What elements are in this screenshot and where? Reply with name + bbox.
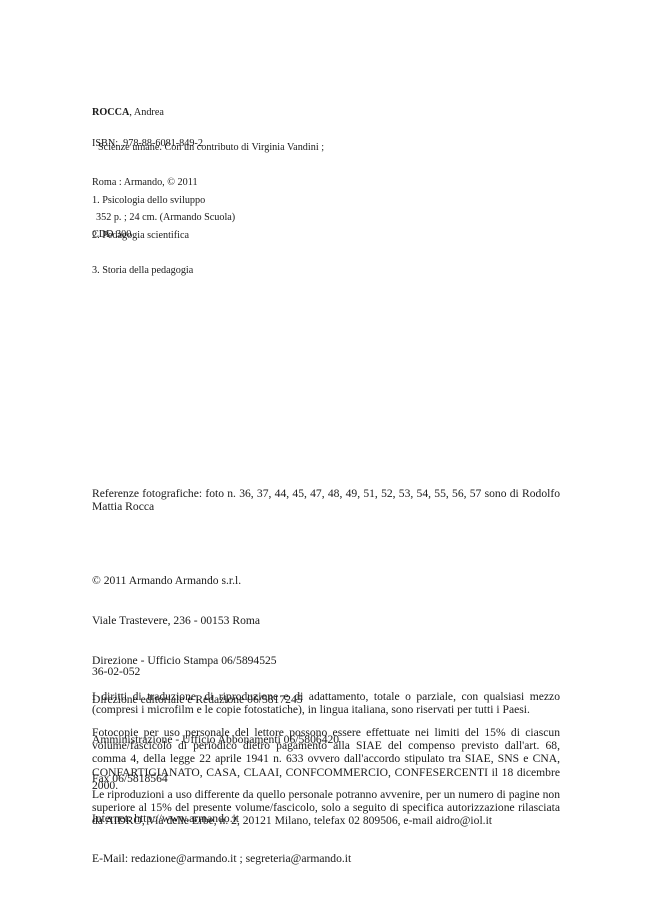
author-surname: ROCCA (92, 107, 129, 118)
subject-item: 3. Storia della pedagogia (92, 265, 205, 277)
catalog-isbn: ISBN: 978-88-6081-849-2 (92, 138, 203, 150)
catalog-cdd: CDD 300 (92, 229, 131, 241)
publisher-address: Viale Trastevere, 236 - 00153 Roma (92, 614, 351, 627)
publisher-copyright: © 2011 Armando Armando s.r.l. (92, 574, 351, 587)
catalog-author: ROCCA, Andrea (92, 107, 324, 119)
author-given: , Andrea (129, 107, 164, 118)
publisher-email: E-Mail: redazione@armando.it ; segreteri… (92, 852, 351, 865)
legal-photocopies: Fotocopie per uso personale del lettore … (92, 726, 560, 792)
legal-rights: I diritti di traduzione, di riproduzione… (92, 690, 560, 716)
subject-item: 1. Psicologia dello sviluppo (92, 195, 205, 207)
legal-reproductions: Le riproduzioni a uso differente da quel… (92, 788, 560, 828)
photo-credits: Referenze fotografiche: foto n. 36, 37, … (92, 487, 560, 513)
publisher-code: 36-02-052 (92, 665, 140, 678)
